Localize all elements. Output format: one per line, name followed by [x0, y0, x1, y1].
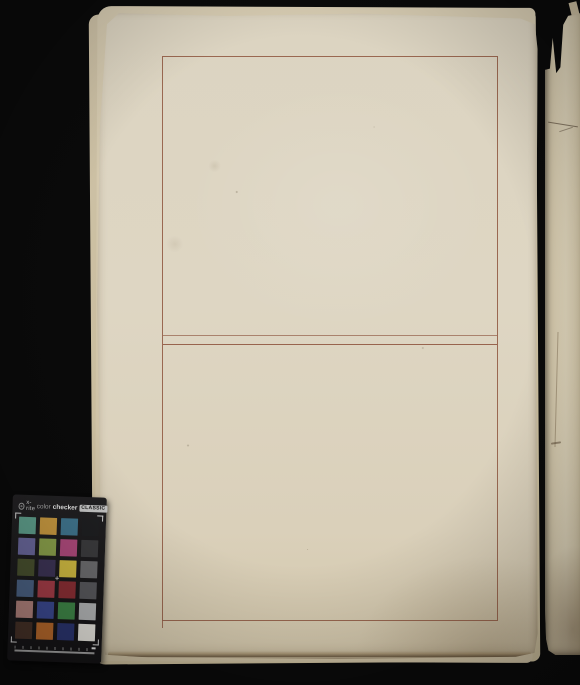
colorchecker-patch-green: [58, 602, 76, 620]
xrite-logo-icon: [18, 502, 24, 509]
colorchecker-patch-purple: [38, 559, 56, 577]
classic-badge: CLASSIC: [79, 504, 107, 512]
colorchecker-patch-red: [58, 581, 76, 599]
xrite-brand: x-rite: [18, 500, 37, 513]
colorchecker-patch-blue-flower: [18, 538, 36, 556]
registration-mark-bottom-left-icon: [11, 636, 17, 642]
paper-crease: [554, 332, 558, 447]
center-cross-icon: +: [55, 575, 60, 583]
colorchecker-patch-orange-yellow: [40, 517, 58, 535]
ruled-divider-lower: [163, 344, 497, 345]
registration-mark-top-left-icon: [15, 513, 21, 519]
paper-crack: [548, 122, 578, 128]
colorchecker-patch-neutral-8: [79, 603, 97, 621]
colorchecker-patch-neutral-3-5: [81, 540, 99, 558]
colorchecker-patch-cyan: [61, 518, 79, 536]
colorchecker-patch-neutral-6-5: [79, 582, 97, 600]
colorchecker-patch-black: [82, 519, 100, 537]
colorchecker-patch-neutral-5: [80, 561, 98, 579]
ruler-endcap: [92, 647, 96, 649]
facing-page-fore-edge: [545, 12, 580, 655]
product-prefix-text: color: [37, 503, 51, 510]
colorchecker-patch-orange: [36, 622, 54, 640]
colorchecker-patch-light-skin: [16, 601, 34, 619]
colorchecker-patch-moderate-red: [37, 580, 55, 598]
registration-mark-top-right-icon: [97, 515, 103, 521]
colorchecker-patch-yellow: [59, 560, 77, 578]
photo-canvas: x-rite colorchecker CLASSIC +: [0, 0, 580, 685]
colorchecker-product-name: colorchecker CLASSIC: [37, 503, 108, 512]
product-suffix-text: checker: [53, 503, 78, 511]
colorchecker-patch-yellow-green: [39, 538, 57, 556]
torn-paper-scrap: [569, 1, 580, 16]
xrite-brand-text: x-rite: [26, 500, 37, 512]
colorchecker-patch-grid: +: [15, 517, 99, 642]
ledger-page: [95, 10, 538, 660]
colorchecker-patch-dark-skin: [15, 622, 33, 640]
colorchecker-patch-blue-sky: [16, 580, 34, 598]
colorchecker-patch-purplish-blue: [37, 601, 55, 619]
colorchecker-patch-bluish-green: [19, 517, 37, 535]
paper-crease-notch: [551, 441, 561, 444]
colorchecker-card: x-rite colorchecker CLASSIC +: [7, 494, 107, 663]
colorchecker-patch-foliage: [17, 559, 35, 577]
page-bottom-edge-shading: [108, 651, 531, 657]
rule-corner-overshoot: [162, 620, 163, 628]
ruled-divider-upper: [163, 335, 497, 336]
registration-mark-bottom-right-icon: [93, 639, 99, 645]
colorchecker-header: x-rite colorchecker CLASSIC: [12, 494, 107, 514]
colorchecker-patch-blue: [57, 623, 75, 641]
colorchecker-patch-magenta: [60, 539, 78, 557]
colorchecker-ruler: [14, 646, 94, 655]
ruled-frame: [162, 56, 498, 621]
paper-crack-branch: [559, 127, 573, 132]
